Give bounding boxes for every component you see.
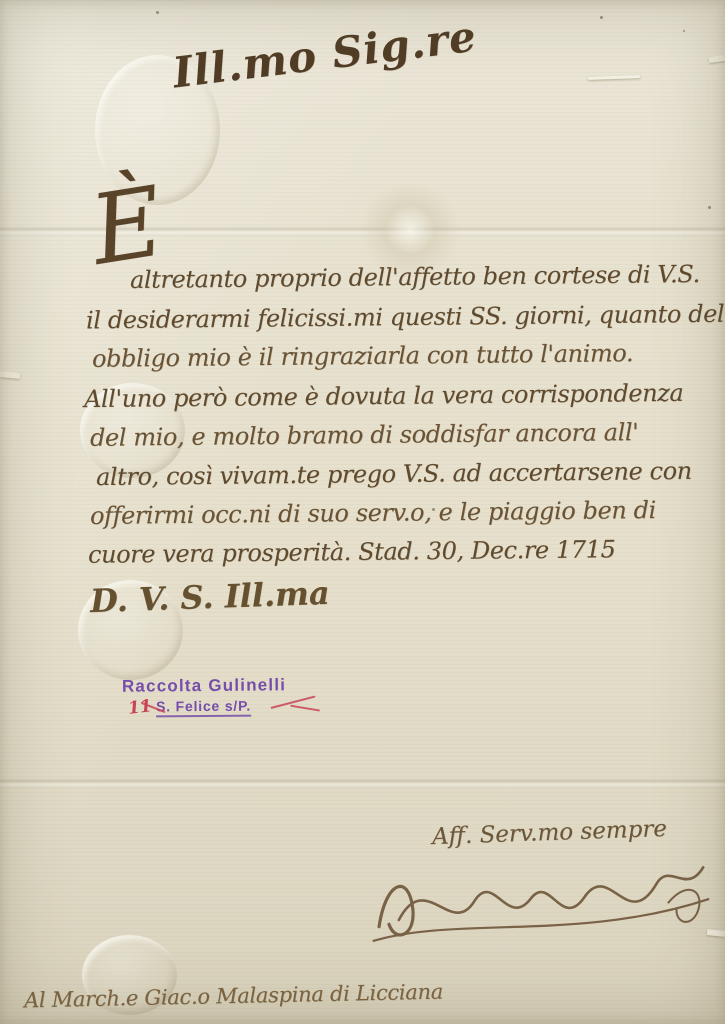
body-closing-abbreviation: D. V. S. Ill.ma: [89, 574, 330, 620]
seal-crease-mark: [355, 185, 465, 275]
ink-speck-2: [683, 30, 685, 32]
signature-flourish: [366, 837, 714, 949]
ink-speck-4: [708, 206, 711, 209]
body-line: offerirmi occ.ni di suo serv.o, e le pia…: [90, 496, 656, 530]
address-docket-line: Al March.e Giac.o Malaspina di Licciana: [24, 980, 443, 1013]
body-line: altro, così vivam.te prego V.S. ad accer…: [96, 457, 692, 491]
edge-tear-right-top: [709, 55, 725, 63]
stamp-collection-name: Raccolta Gulinelli: [122, 675, 286, 696]
body-line: cuore vera prosperità. Stad. 30, Dec.re …: [88, 535, 616, 569]
collection-stamp: Raccolta Gulinelli 11 S. Felice s/P.: [122, 675, 287, 717]
ink-speck-1: [600, 16, 603, 19]
body-line: del mio, e molto bramo di soddisfar anco…: [90, 418, 639, 452]
ink-speck-3: [156, 11, 159, 14]
stamp-location-text: S. Felice s/P.: [156, 698, 251, 718]
letter-page: Ill.mo Sig.re È altretanto proprio dell'…: [0, 0, 725, 1024]
stamp-inventory-number: 11: [127, 696, 153, 719]
red-pen-stroke: [290, 705, 320, 712]
body-line: obbligo mio è il ringraziarla con tutto …: [92, 339, 633, 373]
fold-crease-bottom: [0, 778, 725, 788]
red-pen-stroke: [271, 695, 316, 708]
body-line: All'uno però come è dovuta la vera corri…: [84, 379, 684, 413]
salutation-text: Ill.mo Sig.re: [170, 12, 479, 98]
scratch-top-right: [588, 75, 640, 80]
body-line: il desiderarmi felicissi.mi questi SS. g…: [86, 300, 725, 335]
body-initial-letter: È: [85, 173, 169, 279]
body-line: altretanto proprio dell'affetto ben cort…: [130, 260, 700, 294]
edge-tear-left: [0, 371, 20, 379]
